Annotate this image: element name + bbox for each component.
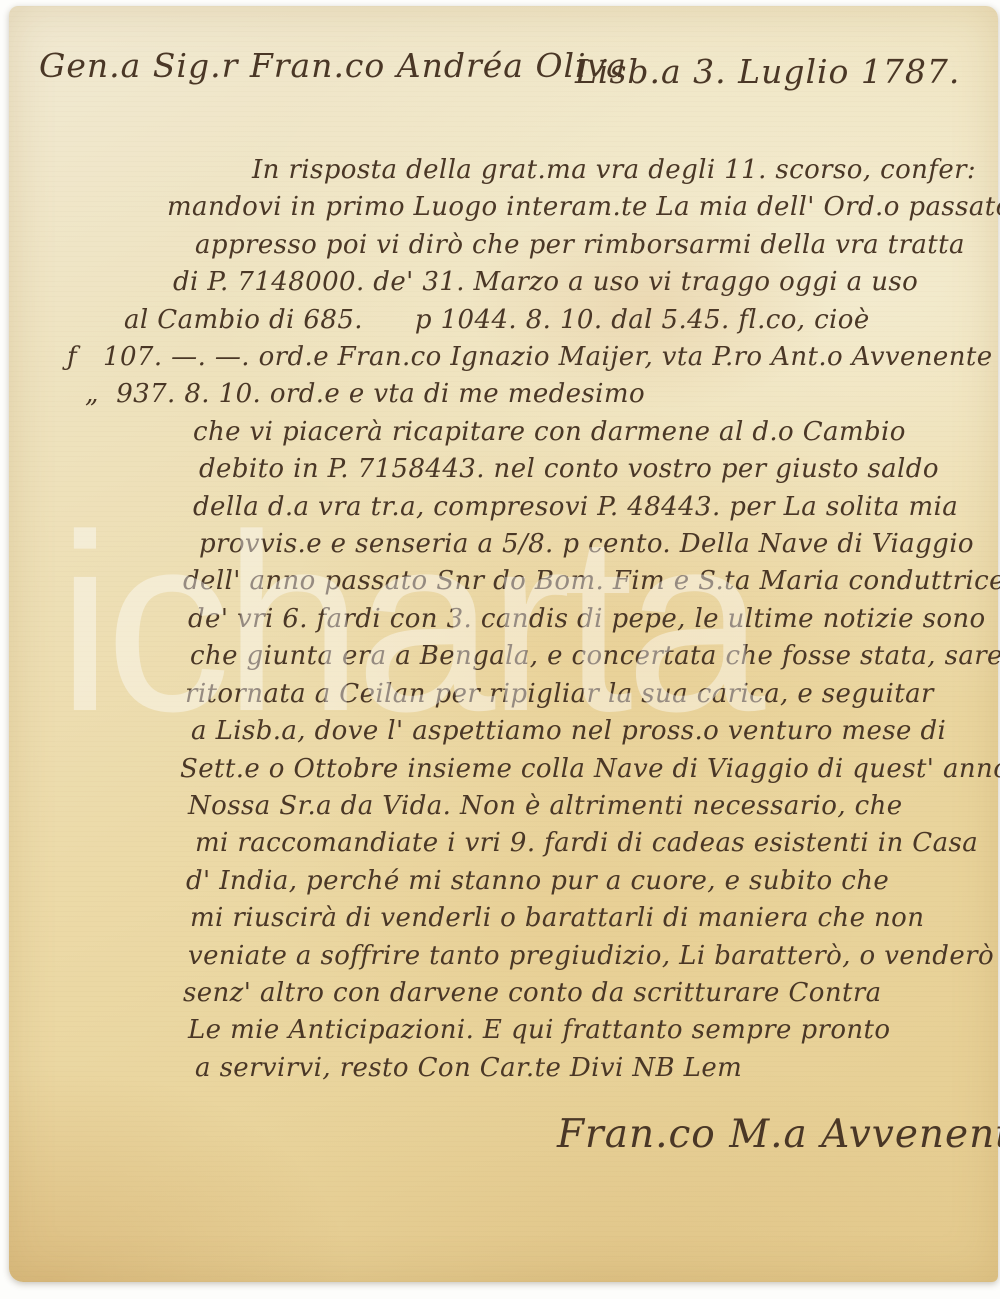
letter-line: che giunta era a Bengala, e concertata c…: [190, 638, 978, 675]
letter-line: che vi piacerà ricapitare con darmene al…: [193, 414, 978, 451]
letter-line: di P. 7148000. de' 31. Marzo a uso vi tr…: [173, 264, 978, 301]
letter-line: ƒ 107. —. —. ord.e Fran.co Ignazio Maije…: [67, 339, 978, 376]
letter-signature: Fran.co M.a Avvenente: [557, 1112, 1000, 1157]
letter-paper: icharta Gen.a Sig.r Fran.co Andréa Oliva…: [9, 6, 998, 1282]
letter-line: d' India, perché mi stanno pur a cuore, …: [186, 863, 978, 900]
letter-line: Le mie Anticipazioni. E qui frattanto se…: [188, 1012, 978, 1049]
letter-body: In risposta della grat.ma vra degli 11. …: [9, 152, 978, 1087]
letter-line: mandovi in primo Luogo interam.te La mia…: [167, 189, 978, 226]
letter-line: mi riuscirà di venderli o barattarli di …: [190, 900, 978, 937]
letter-line: senz' altro con darvene conto da scrittu…: [183, 975, 978, 1012]
letter-dateline: Lisb.a 3. Luglio 1787.: [575, 52, 960, 91]
letter-line: de' vri 6. fardi con 3. candis di pepe, …: [188, 601, 978, 638]
letter-line: a Lisb.a, dove l' aspettiamo nel pross.o…: [191, 713, 978, 750]
letter-line: In risposta della grat.ma vra degli 11. …: [252, 152, 978, 189]
letter-line: Nossa Sr.a da Vida. Non è altrimenti nec…: [188, 788, 978, 825]
letter-line: ritornata a Ceilan per ripigliar la sua …: [185, 676, 978, 713]
letter-line: „ 937. 8. 10. ord.e e vta di me medesimo: [85, 376, 978, 413]
letter-line: al Cambio di 685. p 1044. 8. 10. dal 5.4…: [124, 302, 978, 339]
scan-background: icharta Gen.a Sig.r Fran.co Andréa Oliva…: [0, 0, 1000, 1299]
letter-line: appresso poi vi dirò che per rimborsarmi…: [195, 227, 978, 264]
letter-line: veniate a soffrire tanto pregiudizio, Li…: [188, 938, 978, 975]
letter-line: a servirvi, resto Con Car.te Divi NB Lem: [195, 1050, 978, 1087]
letter-line: provvis.e e senseria a 5/8. p cento. Del…: [199, 526, 978, 563]
letter-addressee: Gen.a Sig.r Fran.co Andréa Oliva: [39, 46, 627, 85]
letter-line: della d.a vra tr.a, compresovi P. 48443.…: [193, 489, 978, 526]
letter-line: debito in P. 7158443. nel conto vostro p…: [199, 451, 978, 488]
letter-line: Sett.e o Ottobre insieme colla Nave di V…: [180, 751, 978, 788]
letter-line: mi raccomandiate i vri 9. fardi di cadea…: [195, 825, 978, 862]
letter-line: dell' anno passato Snr do Bom. Fim e S.t…: [183, 563, 978, 600]
